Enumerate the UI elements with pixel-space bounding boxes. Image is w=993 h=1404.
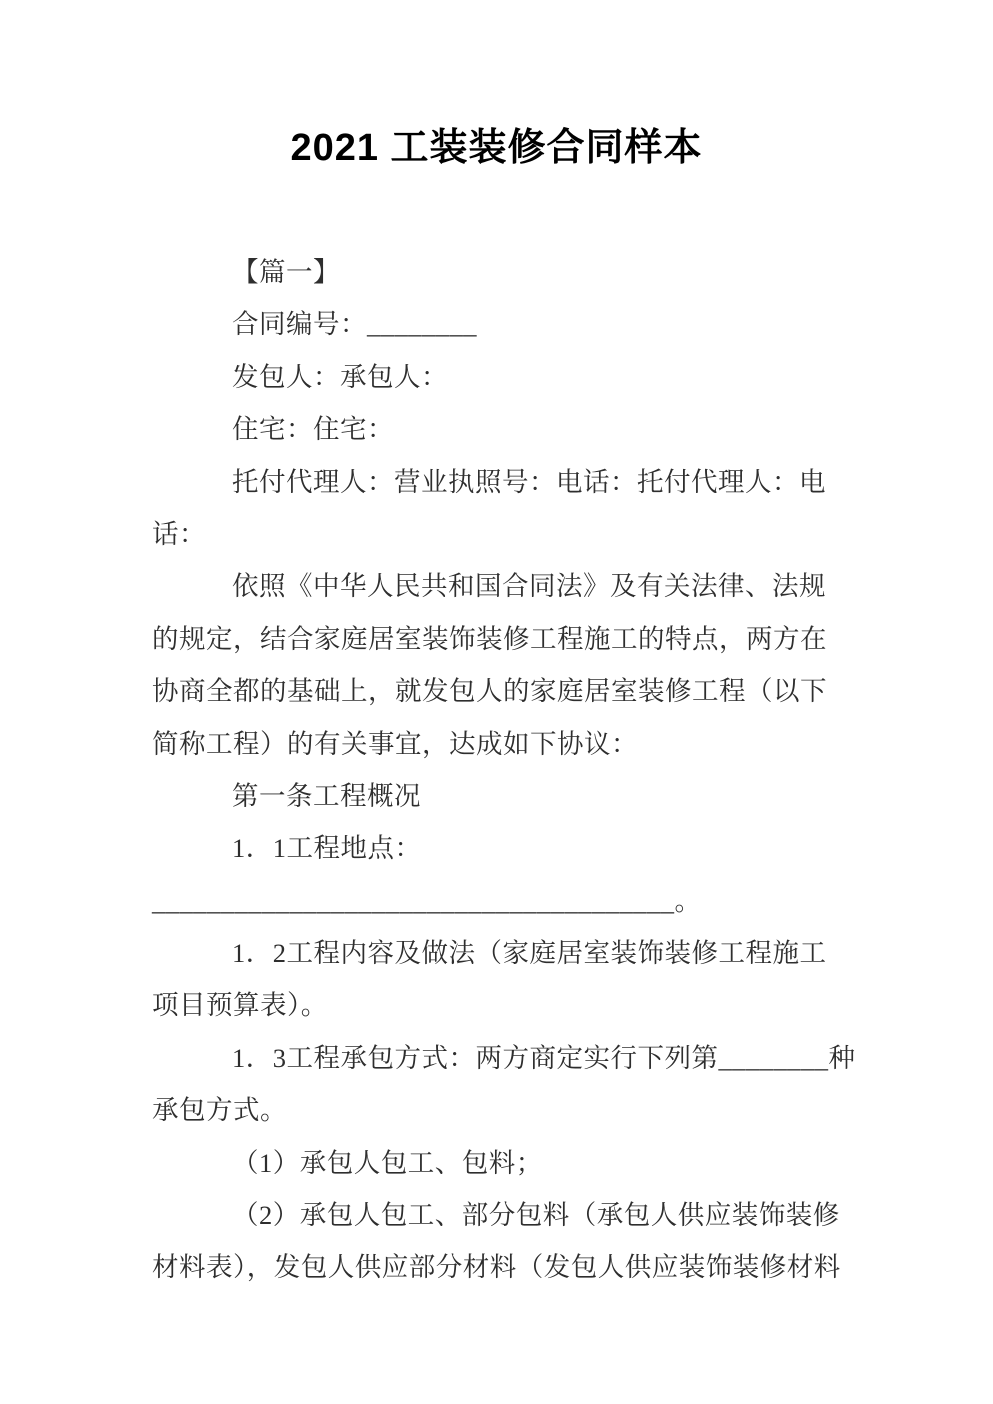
document-line: 依照《中华人民共和国合同法》及有关法律、法规 [152,560,872,612]
document-line: 承包方式。 [152,1084,872,1136]
document-body: 【篇一】合同编号：________发包人：承包人：住宅：住宅：托付代理人：营业执… [152,246,872,1294]
document-line: 【篇一】 [152,246,872,298]
document-line: 1．2工程内容及做法（家庭居室装饰装修工程施工 [152,927,872,979]
document-line: 协商全都的基础上，就发包人的家庭居室装修工程（以下 [152,665,872,717]
document-line: 第一条工程概况 [152,770,872,822]
document-line: 简称工程）的有关事宜，达成如下协议： [152,718,872,770]
document-line: （1）承包人包工、包料； [152,1137,872,1189]
document-line: 话： [152,508,872,560]
document-title: 2021 工装装修合同样本 [0,121,993,175]
document-line: 的规定，结合家庭居室装饰装修工程施工的特点，两方在 [152,613,872,665]
document-line: 托付代理人：营业执照号：电话：托付代理人：电 [152,456,872,508]
document-line: 1．3工程承包方式：两方商定实行下列第________种 [152,1032,872,1084]
document-line: 合同编号：________ [152,298,872,350]
document-line: 发包人：承包人： [152,351,872,403]
document-line: 1．1工程地点： [152,822,872,874]
document-line: 住宅：住宅： [152,403,872,455]
document-line: （2）承包人包工、部分包料（承包人供应装饰装修 [152,1189,872,1241]
document-page: 2021 工装装修合同样本 【篇一】合同编号：________发包人：承包人：住… [0,0,993,1404]
document-line: 材料表），发包人供应部分材料（发包人供应装饰装修材料 [152,1241,872,1293]
document-line: ______________________________________。 [152,875,872,927]
document-line: 项目预算表）。 [152,979,872,1031]
